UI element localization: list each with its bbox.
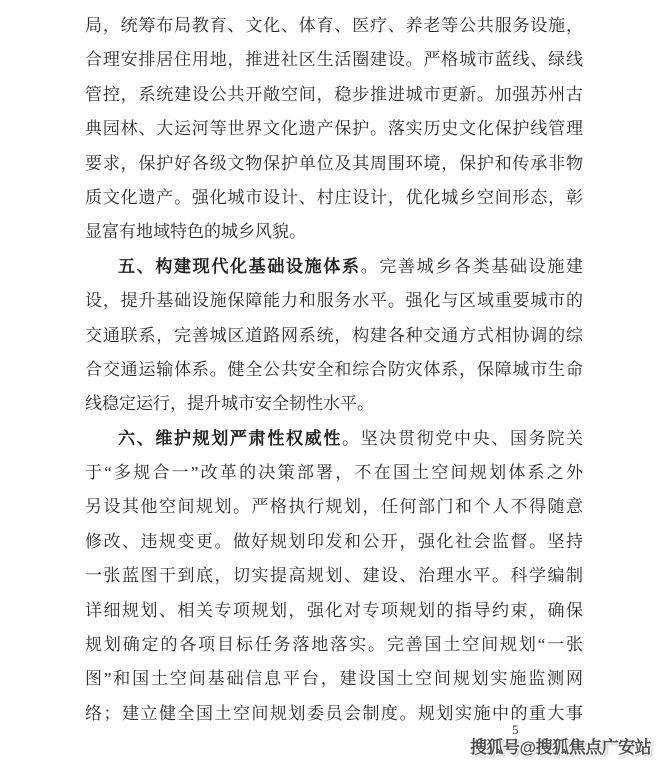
section-heading: 五、构建现代化基础设施体系	[118, 257, 361, 276]
body-text-line: 质文化遗产。强化城市设计、村庄设计，优化城乡空间形态，彰	[85, 181, 583, 215]
sohu-watermark: 搜狐号@搜狐焦点广安站	[470, 733, 651, 758]
body-text-line: 管控，系统建设公共开敞空间，稳步推进城市更新。加强苏州古	[85, 78, 583, 112]
body-text-line: 交通联系，完善城区道路网系统，构建各种交通方式相协调的综	[85, 319, 583, 353]
body-text-line: 一张蓝图干到底，切实提高规划、建设、治理水平。科学编制	[85, 559, 583, 593]
document-body: 局，统筹布局教育、文化、体育、医疗、养老等公共服务设施，合理安排居住用地，推进社…	[85, 9, 583, 731]
body-text-line: 于“多规合一”改革的决策部署，不在国土空间规划体系之外	[85, 456, 583, 490]
body-text-line: 详细规划、相关专项规划，强化对专项规划的指导约束，确保	[85, 594, 583, 628]
body-text-line: 修改、违规变更。做好规划印发和公开，强化社会监督。坚持	[85, 525, 583, 559]
body-text-line: 络；建立健全国土空间规划委员会制度。规划实施中的重大事	[85, 697, 583, 731]
body-text-line: 设，提升基础设施保障能力和服务水平。强化与区域重要城市的	[85, 284, 583, 318]
body-text-line: 线稳定运行，提升城市安全韧性水平。	[85, 387, 583, 421]
body-text-line: 要求，保护好各级文物保护单位及其周围环境，保护和传承非物	[85, 147, 583, 181]
section-heading-line: 五、构建现代化基础设施体系。完善城乡各类基础设施建	[85, 250, 583, 284]
section-heading: 六、维护规划严肃性权威性	[118, 429, 342, 448]
body-text-line: 图”和国土空间基础信息平台，建设国土空间规划实施监测网	[85, 662, 583, 696]
body-text-line: 合理安排居住用地，推进社区生活圈建设。严格城市蓝线、绿线	[85, 43, 583, 77]
body-text-line: 典园林、大运河等世界文化遗产保护。落实历史文化保护线管理	[85, 112, 583, 146]
body-text-line: 局，统筹布局教育、文化、体育、医疗、养老等公共服务设施，	[85, 9, 583, 43]
document-page: 局，统筹布局教育、文化、体育、医疗、养老等公共服务设施，合理安排居住用地，推进社…	[0, 0, 660, 768]
body-text-line: 规划确定的各项目标任务落地落实。完善国土空间规划“一张	[85, 628, 583, 662]
body-text-line: 显富有地域特色的城乡风貌。	[85, 215, 583, 249]
body-text-line: 另设其他空间规划。严格执行规划，任何部门和个人不得随意	[85, 490, 583, 524]
body-text-line: 合交通运输体系。健全公共安全和综合防灾体系，保障城市生命	[85, 353, 583, 387]
section-heading-line: 六、维护规划严肃性权威性。坚决贯彻党中央、国务院关	[85, 422, 583, 456]
